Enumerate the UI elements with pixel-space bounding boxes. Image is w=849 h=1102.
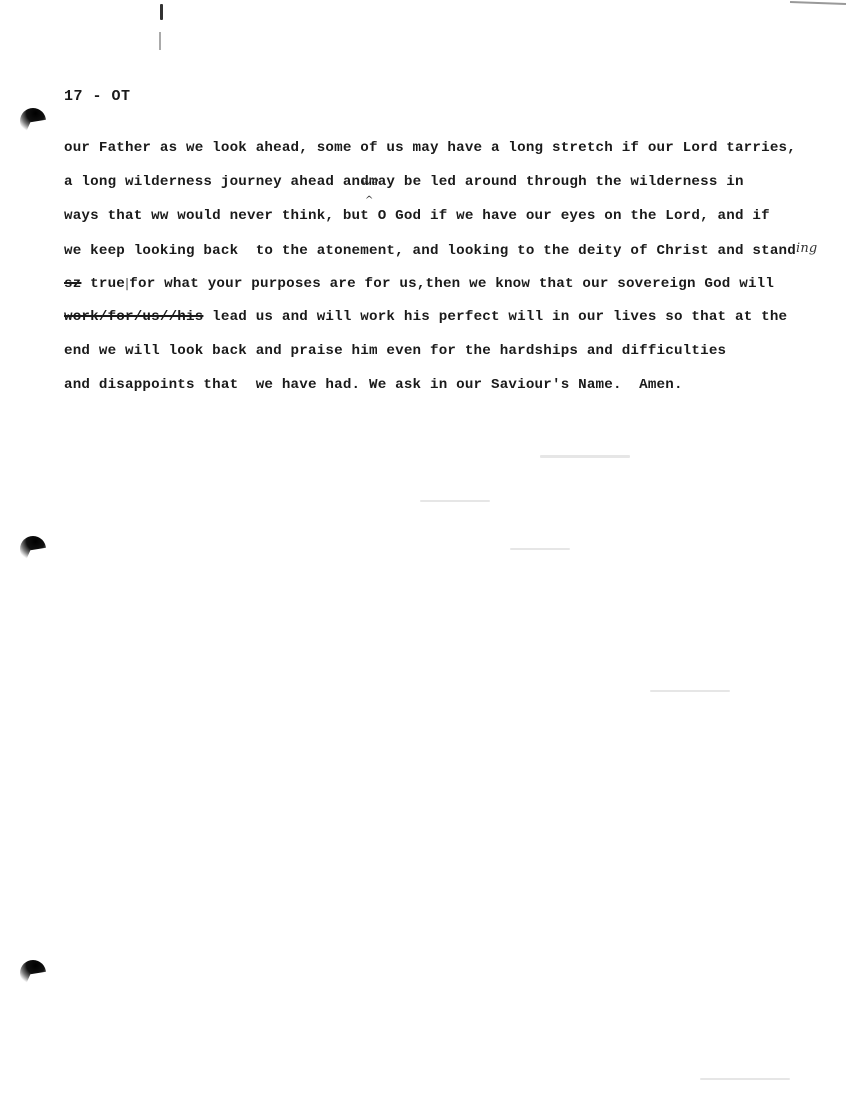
bleed-through-speck	[540, 455, 630, 458]
bleed-through-speck	[510, 548, 570, 550]
text-line-2-after: may be led around through the wilderness…	[369, 174, 744, 190]
hole-punch-middle	[20, 536, 46, 562]
text-line-4: we keep looking back to the atonement, a…	[64, 239, 804, 273]
bleed-through-speck	[650, 690, 730, 692]
text-line-1: our Father as we look ahead, some of us …	[64, 138, 804, 172]
text-line-5-before: true	[81, 276, 125, 292]
text-line-2: a long wilderness journey ahead andwe^ma…	[64, 172, 804, 206]
hole-punch-top	[20, 108, 46, 134]
page-label: 17 - OT	[64, 88, 131, 105]
text-line-7: end we will look back and praise him eve…	[64, 341, 804, 375]
bleed-through-speck	[420, 500, 490, 502]
struck-text: work/for/us//his	[64, 309, 203, 325]
text-line-6: work/for/us//his lead us and will work h…	[64, 307, 804, 341]
caret-mark: ^	[365, 191, 374, 211]
text-line-5: sz true|for what your purposes are for u…	[64, 273, 804, 307]
corner-scan-mark	[790, 1, 846, 5]
document-page: 17 - OT our Father as we look ahead, som…	[0, 0, 849, 1102]
text-line-8: and disappoints that we have had. We ask…	[64, 375, 804, 409]
staple-mark-faint	[159, 32, 161, 50]
text-line-2-before: a long wilderness journey ahead and	[64, 174, 369, 190]
prayer-text: our Father as we look ahead, some of us …	[64, 138, 804, 408]
bleed-through-speck	[700, 1078, 790, 1080]
hole-punch-bottom	[20, 960, 46, 986]
handwritten-insert: we	[361, 171, 379, 191]
struck-text: sz	[64, 276, 81, 292]
staple-mark	[160, 4, 163, 20]
text-line-3: ways that ww would never think, but O Go…	[64, 206, 804, 240]
text-line-4-body: we keep looking back to the atonement, a…	[64, 243, 796, 259]
text-line-5-after: for what your purposes are for us,then w…	[129, 276, 774, 292]
handwritten-margin-insert: ing	[796, 241, 817, 256]
text-line-6-after: lead us and will work his perfect will i…	[203, 309, 787, 325]
